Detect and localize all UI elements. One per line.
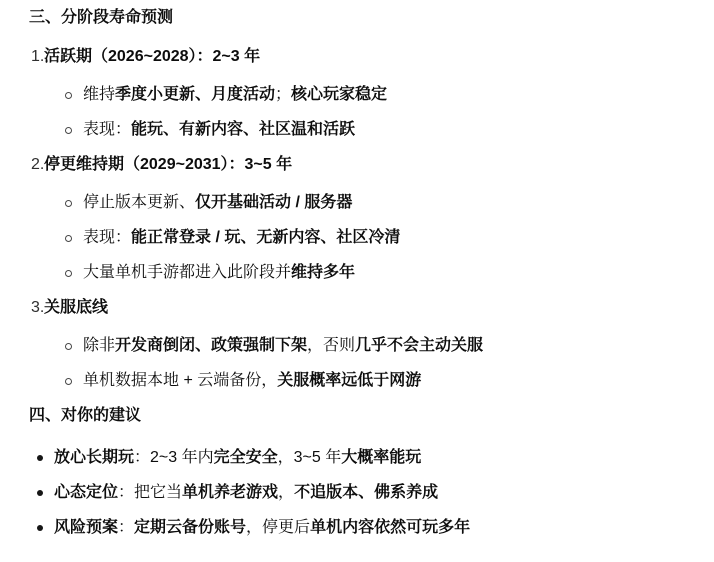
- sub-bullet-item: 停止版本更新、仅开基础活动 / 服务器: [65, 192, 704, 214]
- bold-text-segment: 几乎不会主动关服: [355, 337, 483, 354]
- circle-bullet-icon: [65, 127, 72, 134]
- bullet-text: 维持季度小更新、月度活动；核心玩家稳定: [83, 84, 704, 106]
- advice-item: 风险预案：定期云备份账号，停更后单机内容依然可玩多年: [37, 517, 704, 539]
- text-segment: 表现：: [83, 229, 131, 246]
- advice-text: 风险预案：定期云备份账号，停更后单机内容依然可玩多年: [54, 517, 704, 539]
- bullet-text: 表现：能正常登录 / 玩、无新内容、社区冷清: [83, 227, 704, 249]
- text-segment: ，否则: [307, 337, 355, 354]
- bullet-text: 除非开发商倒闭、政策强制下架，否则几乎不会主动关服: [83, 335, 704, 357]
- bold-text-segment: 放心长期玩: [54, 449, 134, 466]
- circle-bullet-icon: [65, 200, 72, 207]
- stage-number: 1.: [31, 46, 44, 68]
- circle-bullet-icon: [65, 378, 72, 385]
- sub-bullet-item: 除非开发商倒闭、政策强制下架，否则几乎不会主动关服: [65, 335, 704, 357]
- circle-bullet-icon: [65, 92, 72, 99]
- bold-text-segment: 核心玩家稳定: [291, 86, 387, 103]
- sub-bullet-item: 维持季度小更新、月度活动；核心玩家稳定: [65, 84, 704, 106]
- stage-title-row: 3. 关服底线: [31, 297, 704, 319]
- text-segment: ，: [278, 484, 294, 501]
- sub-bullet-list: 停止版本更新、仅开基础活动 / 服务器 表现：能正常登录 / 玩、无新内容、社区…: [31, 192, 704, 284]
- bold-text-segment: 心态定位: [54, 484, 118, 501]
- sub-bullet-item: 大量单机手游都进入此阶段并维持多年: [65, 262, 704, 284]
- text-segment: ；: [275, 86, 291, 103]
- sub-bullet-list: 除非开发商倒闭、政策强制下架，否则几乎不会主动关服 单机数据本地 + 云端备份，…: [31, 335, 704, 392]
- circle-bullet-icon: [65, 270, 72, 277]
- disc-bullet-icon: [37, 525, 43, 531]
- bold-text-segment: 能玩、有新内容、社区温和活跃: [131, 121, 355, 138]
- bullet-text: 停止版本更新、仅开基础活动 / 服务器: [83, 192, 704, 214]
- text-segment: ：: [118, 519, 134, 536]
- bold-text-segment: 完全安全: [214, 449, 278, 466]
- stage-item-maintenance-period: 2. 停更维持期（2029~2031）：3~5 年 停止版本更新、仅开基础活动 …: [31, 154, 704, 284]
- bold-text-segment: 仅开基础活动 / 服务器: [195, 194, 352, 211]
- stage-number: 3.: [31, 297, 44, 319]
- bullet-text: 单机数据本地 + 云端备份，关服概率远低于网游: [83, 370, 704, 392]
- advice-text: 心态定位：把它当单机养老游戏，不追版本、佛系养成: [54, 482, 704, 504]
- bold-text-segment: 定期云备份账号: [134, 519, 246, 536]
- text-segment: 停止版本更新、: [83, 194, 195, 211]
- bullet-text: 大量单机手游都进入此阶段并维持多年: [83, 262, 704, 284]
- bold-text-segment: 风险预案: [54, 519, 118, 536]
- bullet-text: 表现：能玩、有新内容、社区温和活跃: [83, 119, 704, 141]
- bold-text-segment: 开发商倒闭、政策强制下架: [115, 337, 307, 354]
- text-segment: 除非: [83, 337, 115, 354]
- disc-bullet-icon: [37, 455, 43, 461]
- text-segment: 表现：: [83, 121, 131, 138]
- advice-list: 放心长期玩：2~3 年内完全安全，3~5 年大概率能玩 心态定位：把它当单机养老…: [29, 447, 704, 539]
- text-segment: 单机数据本地 + 云端备份，: [83, 372, 277, 389]
- advice-text: 放心长期玩：2~3 年内完全安全，3~5 年大概率能玩: [54, 447, 704, 469]
- bold-text-segment: 单机内容依然可玩多年: [310, 519, 470, 536]
- circle-bullet-icon: [65, 343, 72, 350]
- stage-title-row: 1. 活跃期（2026~2028）：2~3 年: [31, 46, 704, 68]
- sub-bullet-list: 维持季度小更新、月度活动；核心玩家稳定 表现：能玩、有新内容、社区温和活跃: [31, 84, 704, 141]
- bold-text-segment: 关服概率远低于网游: [277, 372, 421, 389]
- heading-stage-prediction: 三、分阶段寿命预测: [29, 7, 704, 29]
- text-segment: 维持: [83, 86, 115, 103]
- sub-bullet-item: 表现：能正常登录 / 玩、无新内容、社区冷清: [65, 227, 704, 249]
- bold-text-segment: 维持多年: [291, 264, 355, 281]
- stage-title-row: 2. 停更维持期（2029~2031）：3~5 年: [31, 154, 704, 176]
- text-segment: ，3~5 年: [278, 449, 342, 466]
- stage-item-active-period: 1. 活跃期（2026~2028）：2~3 年 维持季度小更新、月度活动；核心玩…: [31, 46, 704, 141]
- advice-item: 心态定位：把它当单机养老游戏，不追版本、佛系养成: [37, 482, 704, 504]
- stage-title: 关服底线: [44, 297, 108, 319]
- stage-title: 停更维持期（2029~2031）：3~5 年: [44, 154, 292, 176]
- disc-bullet-icon: [37, 490, 43, 496]
- text-segment: ，停更后: [246, 519, 310, 536]
- circle-bullet-icon: [65, 235, 72, 242]
- text-segment: ：把它当: [118, 484, 182, 501]
- bold-text-segment: 不追版本、佛系养成: [294, 484, 438, 501]
- document-page: 三、分阶段寿命预测 1. 活跃期（2026~2028）：2~3 年 维持季度小更…: [0, 0, 714, 539]
- sub-bullet-item: 表现：能玩、有新内容、社区温和活跃: [65, 119, 704, 141]
- text-segment: ：2~3 年内: [134, 449, 214, 466]
- bold-text-segment: 大概率能玩: [341, 449, 421, 466]
- advice-item: 放心长期玩：2~3 年内完全安全，3~5 年大概率能玩: [37, 447, 704, 469]
- stage-number: 2.: [31, 154, 44, 176]
- text-segment: 大量单机手游都进入此阶段并: [83, 264, 291, 281]
- bold-text-segment: 单机养老游戏: [182, 484, 278, 501]
- bold-text-segment: 能正常登录 / 玩、无新内容、社区冷清: [131, 229, 400, 246]
- stage-item-shutdown-bottomline: 3. 关服底线 除非开发商倒闭、政策强制下架，否则几乎不会主动关服 单机数据本地…: [31, 297, 704, 392]
- heading-advice: 四、对你的建议: [29, 405, 704, 427]
- stage-title: 活跃期（2026~2028）：2~3 年: [44, 46, 260, 68]
- bold-text-segment: 季度小更新、月度活动: [115, 86, 275, 103]
- stage-list: 1. 活跃期（2026~2028）：2~3 年 维持季度小更新、月度活动；核心玩…: [29, 46, 704, 392]
- sub-bullet-item: 单机数据本地 + 云端备份，关服概率远低于网游: [65, 370, 704, 392]
